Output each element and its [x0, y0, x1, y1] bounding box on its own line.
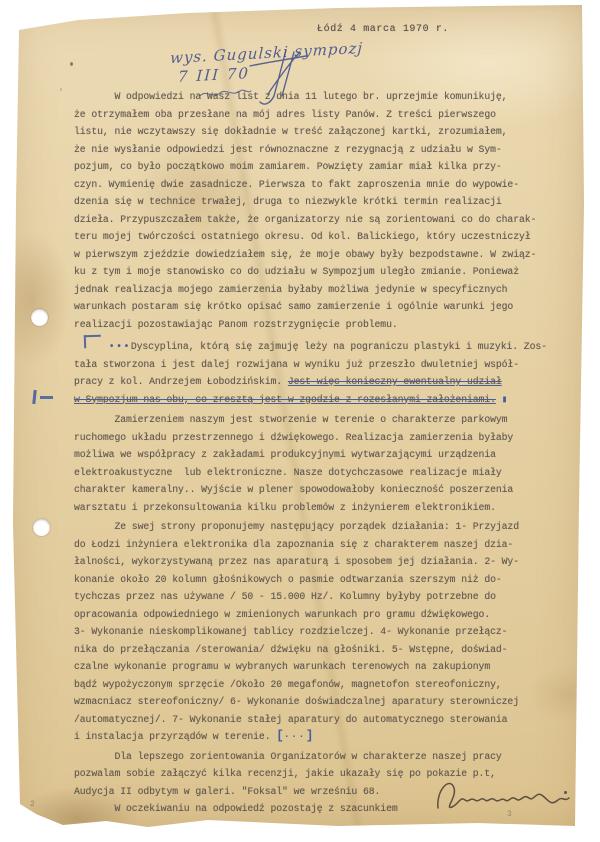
letter-body: W odpowiedzi na Wasz list z dnia 11 lute… [74, 88, 556, 818]
typed-line: że otrzymałem oba przesłane na mój adres… [74, 106, 556, 124]
typed-line: w pierwszym zjeździe dowiedziałem się, ż… [74, 246, 556, 264]
typed-line: w Sympozjum nas obu, co zresztą jest w z… [74, 391, 556, 409]
typed-line: jednak realizacja mojego zamierzenia był… [74, 281, 556, 299]
typed-line: tychczas przez nas używane / 50 - 15.000… [74, 588, 556, 606]
typed-line: •••Dyscyplina, którą się zajmuję leży na… [74, 338, 556, 356]
typed-line: czalne wykonanie programu w wybranych wa… [74, 658, 556, 676]
typed-line: ku z tym i moje stanowisko co do udziału… [74, 263, 556, 281]
typed-line: listu, nie wczytawszy się dokładnie w tr… [74, 123, 556, 141]
typed-line: możliwa we współpracy z zakładami produk… [74, 446, 556, 464]
pen-corner-bracket-mark [84, 335, 101, 349]
signature-dot [564, 791, 567, 794]
typed-line: czyn. Wymienię dwie zasadnicze. Pierwsza… [74, 176, 556, 194]
typed-line: 3- Wykonanie nieskomplikowanej tablicy r… [74, 623, 556, 641]
page-number-mark-left: 2 [30, 800, 35, 809]
letter-paper: Łódź 4 marca 1970 r. wys. Gugulski sympo… [8, 4, 586, 834]
typed-line: ruchomego układu przestrzennego i dźwięk… [74, 429, 556, 447]
typed-line: łalności, wykorzystywaną przez nas apara… [74, 553, 556, 571]
typed-line: charakter kameralny.. Wyjście w plener s… [74, 481, 556, 499]
typed-line: realizacji pozostawiając Panom rozstrzyg… [74, 316, 556, 334]
pen-margin-dash-mark [40, 396, 53, 399]
typed-line: pozjum, co było początkowo moim zamiarem… [74, 158, 556, 176]
paper-speck [60, 88, 62, 91]
typed-line: wzmacniacz stereofoniczny/ 6- Wykonanie … [74, 693, 556, 711]
page-number-mark-right: 3 [507, 810, 512, 819]
paper-speck [70, 62, 73, 66]
typed-line: warsztatu i przekonsultowania kilku prob… [74, 499, 556, 517]
typed-line: /automatycznej/. 7- Wykonanie stałej apa… [74, 711, 556, 729]
typed-line: Zamierzeniem naszym jest stworzenie w te… [74, 411, 556, 429]
typed-line: W odpowiedzi na Wasz list z dnia 11 lute… [74, 88, 556, 106]
typed-line: nika do przełączania /sterowania/ dźwięk… [74, 641, 556, 659]
typed-line: elektroakustyczne lub elektroniczne. Nas… [74, 464, 556, 482]
pen-margin-bar-mark [32, 390, 36, 404]
typed-line: opracowania odpowiedniego w zmienionych … [74, 606, 556, 624]
typed-line: bądź wypożyczonym sprzęcie /Około 20 meg… [74, 676, 556, 694]
typed-line: i instalacja przyrządów w terenie. [···] [74, 728, 556, 746]
typed-line: Ze swej strony proponujemy następujący p… [74, 518, 556, 536]
typed-line: Dla lepszego zorientowania Organizatorów… [74, 748, 556, 766]
typed-line: dzieła. Przypuszczałem także, że organiz… [74, 211, 556, 229]
hole-punch-top [31, 309, 48, 326]
photo-background: Łódź 4 marca 1970 r. wys. Gugulski sympo… [0, 0, 600, 842]
typed-line: że nie wysłanie odpowiedzi jest równozna… [74, 141, 556, 159]
hole-punch-bottom [33, 519, 50, 536]
typed-line: do Łodzi inżyniera elektronika dla zapoz… [74, 536, 556, 554]
typed-line: pracy z kol. Andrzejem Łobodzińskim. Jes… [74, 373, 556, 391]
typed-line: warunkach postaram się krótko opisać sam… [74, 298, 556, 316]
signature-scribble [432, 772, 572, 818]
typed-line: dzenia się w technice trwałej, druga to … [74, 193, 556, 211]
typed-line: tała stworzona i jest dalej rozwijana w … [74, 356, 556, 374]
date-line: Łódź 4 marca 1970 r. [317, 24, 449, 35]
typed-line: teru mojej twórczości ostatniego okresu.… [74, 228, 556, 246]
typed-line: konanie około 20 kolumn głośnikowych o p… [74, 571, 556, 589]
